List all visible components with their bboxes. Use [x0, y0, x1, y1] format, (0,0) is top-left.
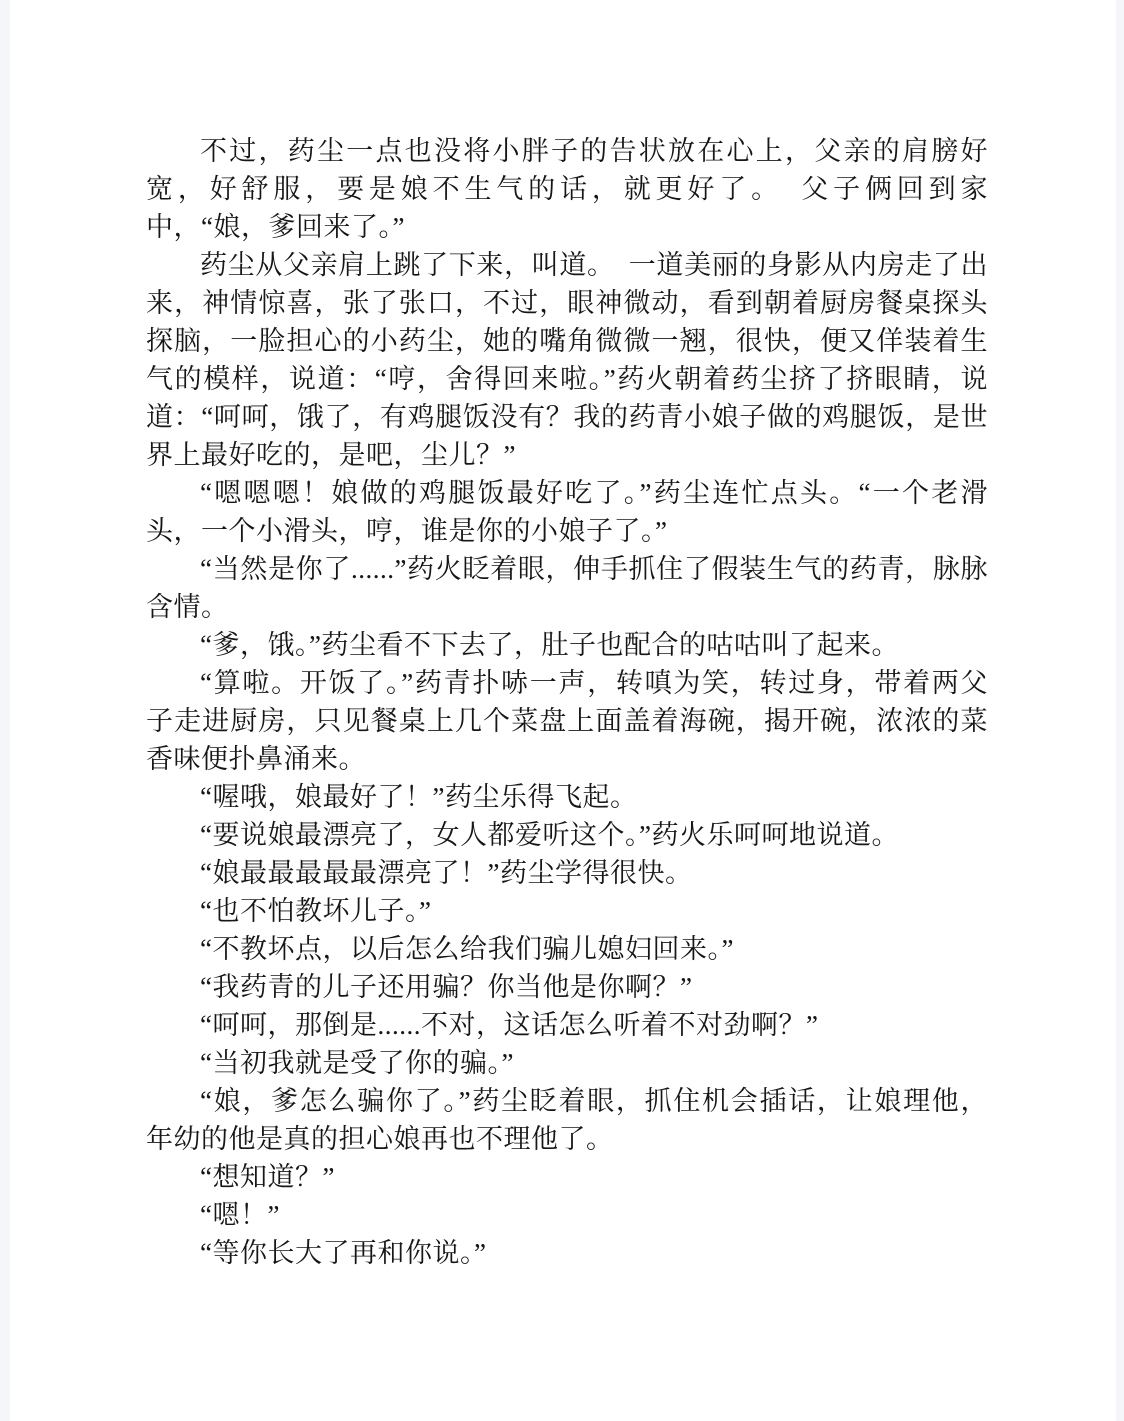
text-line: 来，神情惊喜，张了张口，不过，眼神微动，看到朝着厨房餐桌探头: [146, 284, 988, 322]
text-line: “嗯嗯嗯！娘做的鸡腿饭最好吃了。”药尘连忙点头。“一个老滑: [146, 474, 988, 512]
text-line: 年幼的他是真的担心娘再也不理他了。: [146, 1120, 988, 1158]
document-page: 不过，药尘一点也没将小胖子的告状放在心上，父亲的肩膀好 宽，好舒服，要是娘不生气…: [0, 0, 1124, 1421]
text-line: 药尘从父亲肩上跳了下来，叫道。 一道美丽的身影从内房走了出: [146, 246, 988, 284]
text-line: 探脑，一脸担心的小药尘，她的嘴角微微一翘，很快，便又佯装着生: [146, 322, 988, 360]
page-edge-left: [0, 0, 10, 1421]
text-line: “呵呵，那倒是......不对，这话怎么听着不对劲啊？”: [146, 1006, 988, 1044]
text-line: 香味便扑鼻涌来。: [146, 740, 988, 778]
page-text: 不过，药尘一点也没将小胖子的告状放在心上，父亲的肩膀好 宽，好舒服，要是娘不生气…: [146, 132, 988, 1272]
text-line: 宽，好舒服，要是娘不生气的话，就更好了。 父子俩回到家: [146, 170, 988, 208]
text-line: “嗯！”: [146, 1196, 988, 1234]
text-line: “娘，爹怎么骗你了。”药尘眨着眼，抓住机会插话，让娘理他，: [146, 1082, 988, 1120]
text-line: “我药青的儿子还用骗？你当他是你啊？”: [146, 968, 988, 1006]
text-line: 中，“娘，爹回来了。”: [146, 208, 988, 246]
text-line: “娘最最最最最漂亮了！”药尘学得很快。: [146, 854, 988, 892]
text-line: “等你长大了再和你说。”: [146, 1234, 988, 1272]
text-line: “当然是你了......”药火眨着眼，伸手抓住了假装生气的药青，脉脉: [146, 550, 988, 588]
text-line: “要说娘最漂亮了，女人都爱听这个。”药火乐呵呵地说道。: [146, 816, 988, 854]
text-line: 界上最好吃的，是吧，尘儿？”: [146, 436, 988, 474]
text-line: “当初我就是受了你的骗。”: [146, 1044, 988, 1082]
text-line: “算啦。开饭了。”药青扑哧一声，转嗔为笑，转过身，带着两父: [146, 664, 988, 702]
text-line: “爹，饿。”药尘看不下去了，肚子也配合的咕咕叫了起来。: [146, 626, 988, 664]
text-line: “也不怕教坏儿子。”: [146, 892, 988, 930]
text-line: 不过，药尘一点也没将小胖子的告状放在心上，父亲的肩膀好: [146, 132, 988, 170]
text-line: “不教坏点，以后怎么给我们骗儿媳妇回来。”: [146, 930, 988, 968]
text-line: 子走进厨房，只见餐桌上几个菜盘上面盖着海碗，揭开碗，浓浓的菜: [146, 702, 988, 740]
text-line: 头，一个小滑头，哼，谁是你的小娘子了。”: [146, 512, 988, 550]
page-edge-right: [1116, 0, 1124, 1421]
text-line: 道：“呵呵，饿了，有鸡腿饭没有？我的药青小娘子做的鸡腿饭，是世: [146, 398, 988, 436]
text-line: “想知道？”: [146, 1158, 988, 1196]
text-line: “喔哦，娘最好了！”药尘乐得飞起。: [146, 778, 988, 816]
text-line: 含情。: [146, 588, 988, 626]
text-line: 气的模样，说道：“哼，舍得回来啦。”药火朝着药尘挤了挤眼睛，说: [146, 360, 988, 398]
